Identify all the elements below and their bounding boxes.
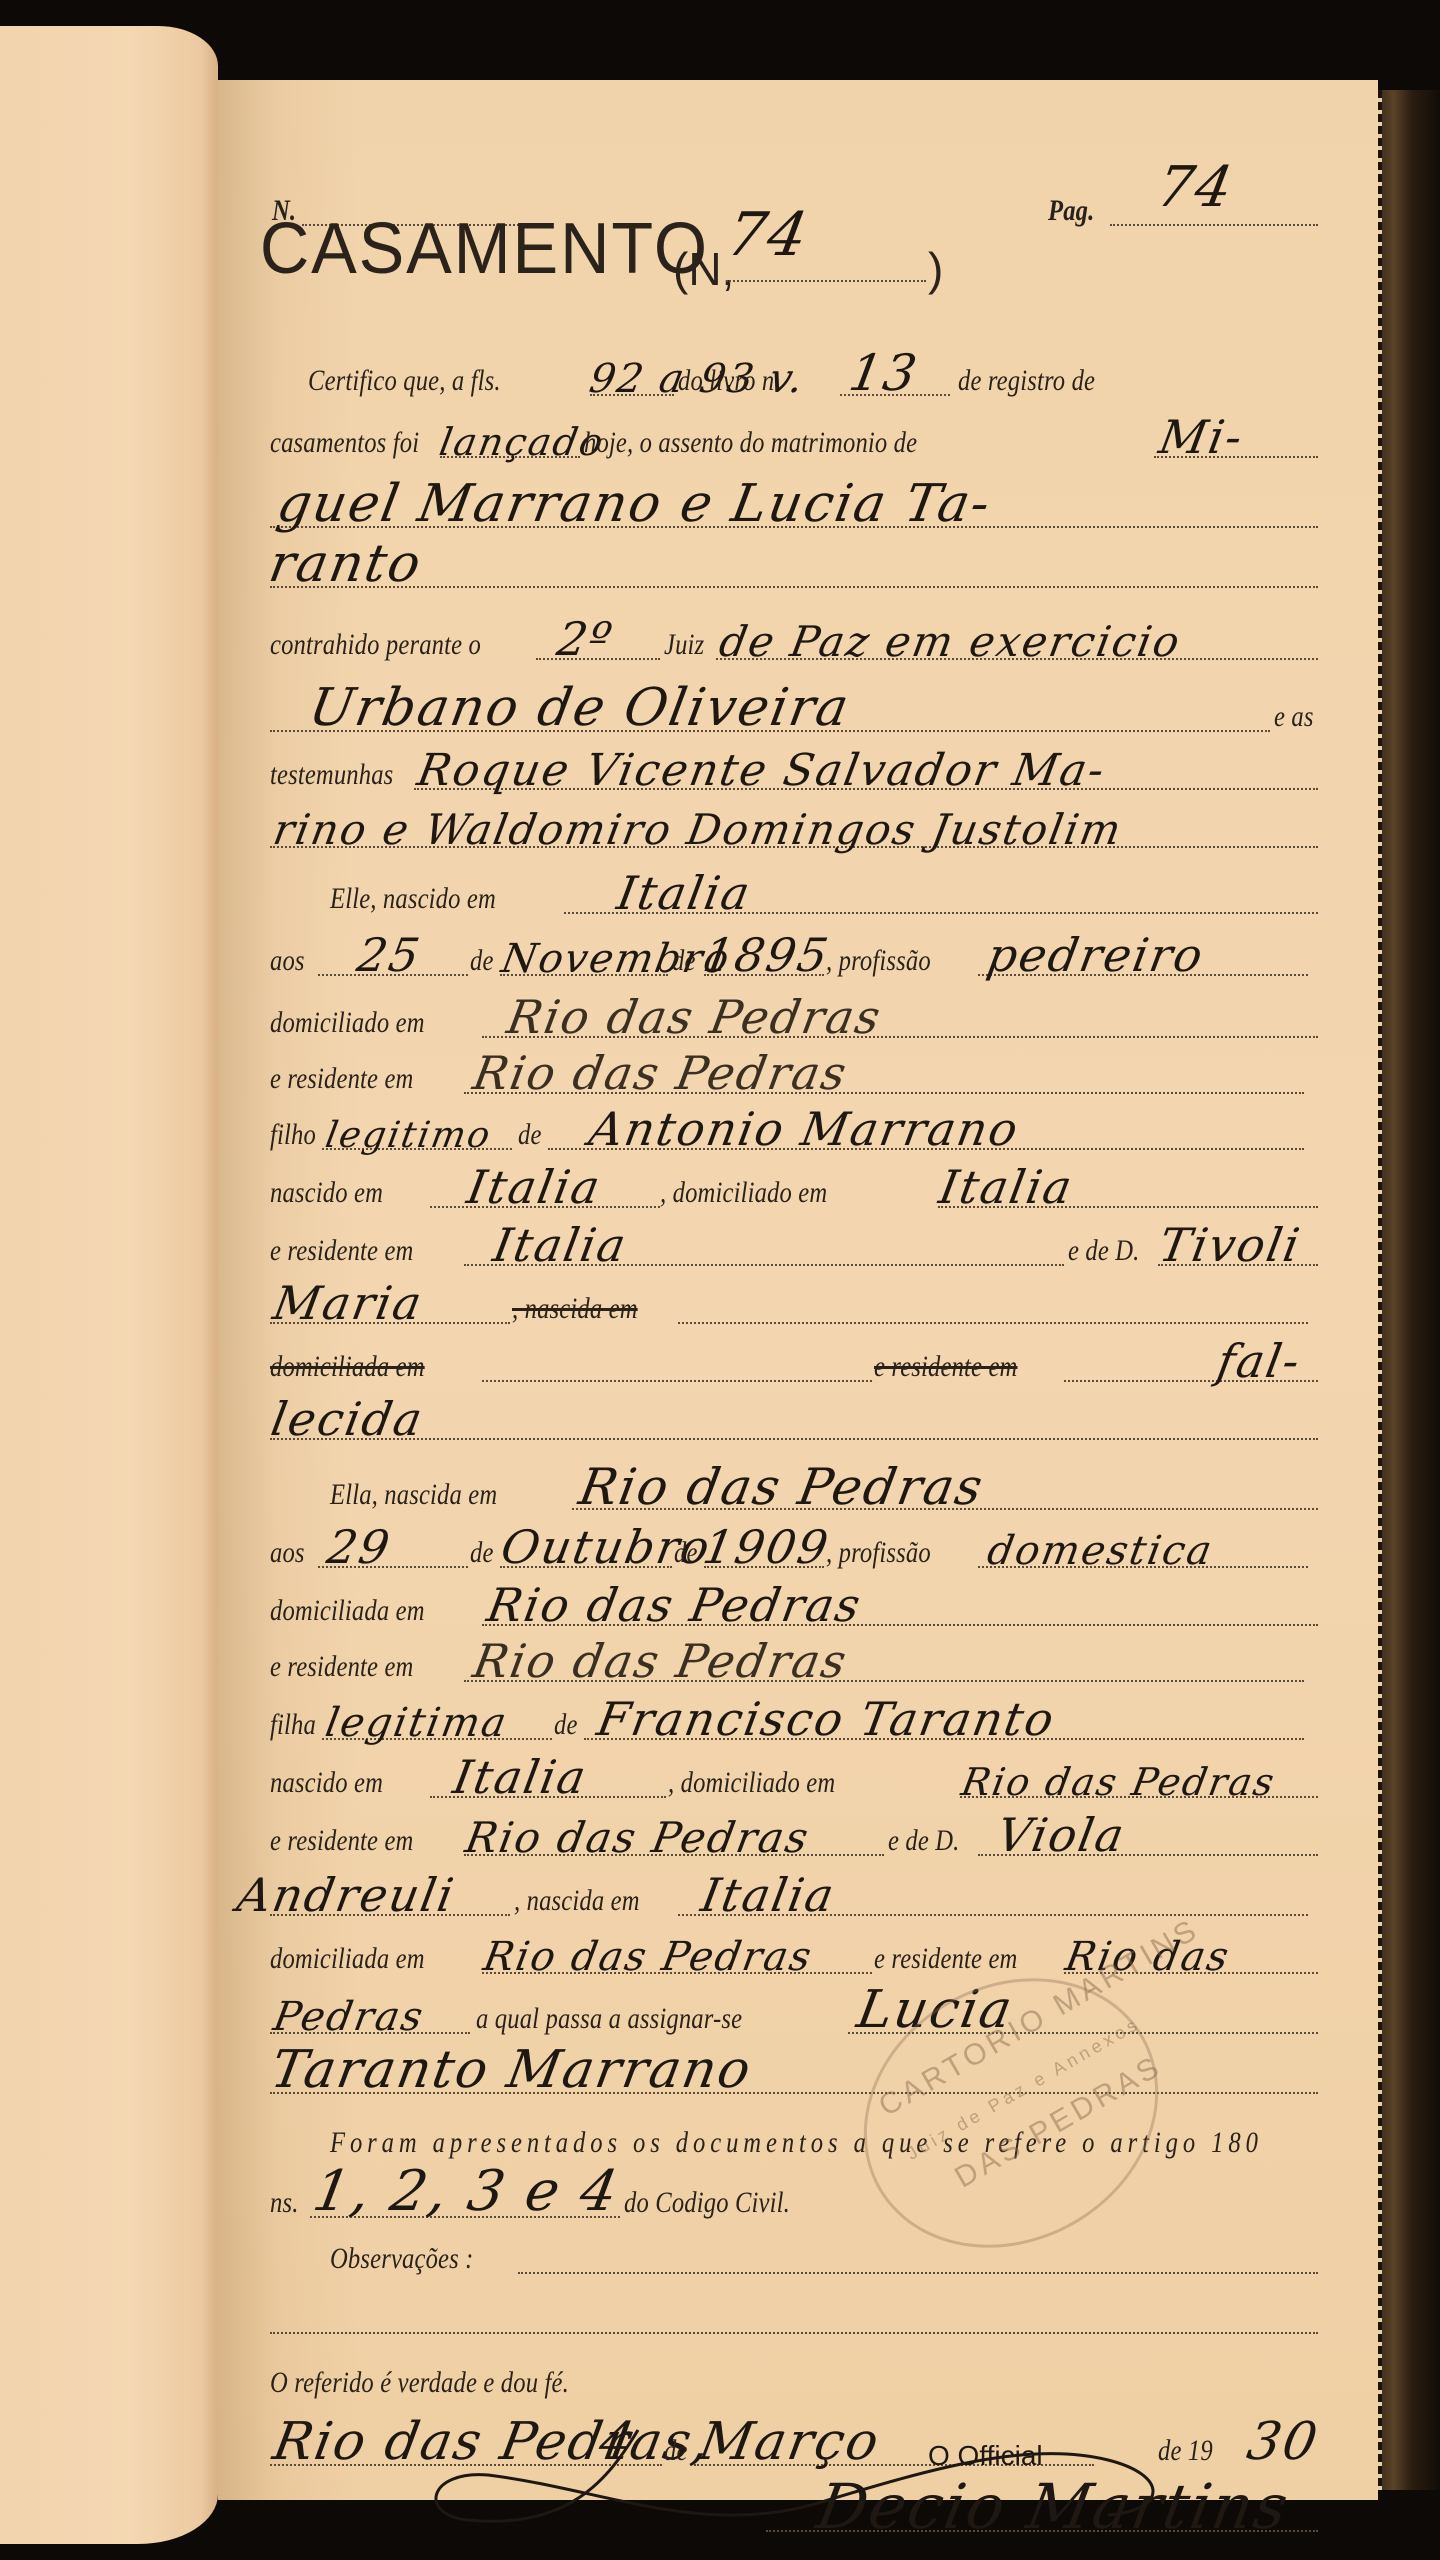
casamentos-label: casamentos foi bbox=[270, 426, 419, 460]
bride-profissao: domestica bbox=[984, 1528, 1217, 1574]
contrahido-row: contrahido perante o 2º Juiz de Paz em e… bbox=[218, 612, 1318, 672]
bride-residente-label: e residente em bbox=[270, 1650, 413, 1684]
groom-month-field bbox=[500, 974, 668, 976]
groom-aos-label: aos bbox=[270, 944, 305, 978]
groom-birthdate-row: aos 25 de Novembro de 1895 , profissão p… bbox=[218, 928, 1318, 988]
signature-flourish bbox=[408, 2420, 1208, 2540]
groom-birthplace-row: Elle, nascido em Italia bbox=[218, 866, 1318, 926]
groom-residente: Rio das Pedras bbox=[469, 1046, 852, 1100]
bride-mother-part1: Viola bbox=[993, 1808, 1129, 1862]
groom-mother-status-row: lecida bbox=[218, 1392, 1318, 1452]
groom-year: 1895 bbox=[699, 928, 834, 982]
groom-mother-status-2: lecida bbox=[267, 1392, 428, 1446]
groom-father-domiciliado: Italia bbox=[935, 1160, 1077, 1214]
bride-mother-label: e de D. bbox=[888, 1824, 960, 1858]
bride-residencia-row: e residente em Rio das Pedras bbox=[218, 1634, 1318, 1694]
bride-residente: Rio das Pedras bbox=[469, 1634, 852, 1688]
bride-father-residente-label: e residente em bbox=[270, 1824, 413, 1858]
groom-father-origin-row: nascido em Italia , domiciliado em Itali… bbox=[218, 1160, 1318, 1220]
groom-residencia-row: e residente em Rio das Pedras bbox=[218, 1046, 1318, 1106]
groom-mother-residente-label: e residente em bbox=[874, 1350, 1017, 1384]
testemunhas-value-2: rino e Waldomiro Domingos Justolim bbox=[270, 805, 1127, 854]
bride-filiacao-row: filha legitima de Francisco Taranto bbox=[218, 1692, 1318, 1752]
groom-mother-nascida-label: , nascida em bbox=[512, 1292, 638, 1326]
bride-filiacao: legitima bbox=[322, 1700, 512, 1746]
groom-domiciliado-label: domiciliado em bbox=[270, 1006, 425, 1040]
bride-mother-residente-label: e residente em bbox=[874, 1942, 1017, 1976]
observacoes-row: Observações : bbox=[218, 2226, 1318, 2286]
registro-label: de registro de bbox=[958, 364, 1095, 398]
closing-statement-row: O referido é verdade e dou fé. bbox=[218, 2350, 1318, 2410]
bride-birthplace: Rio das Pedras bbox=[575, 1458, 989, 1516]
bride-father-residence-row: e residente em Rio das Pedras e de D. Vi… bbox=[218, 1808, 1318, 1868]
testemunhas-row: testemunhas Roque Vicente Salvador Ma- bbox=[218, 742, 1318, 802]
groom-mother-label: e de D. bbox=[1068, 1234, 1140, 1268]
closing-statement: O referido é verdade e dou fé. bbox=[270, 2366, 569, 2400]
ns-value: 1, 2, 3 e 4 bbox=[308, 2159, 624, 2224]
contrahido-label: contrahido perante o bbox=[270, 628, 481, 662]
bride-assignar-row: Pedras a qual passa a assignar-se Lucia bbox=[218, 1986, 1318, 2046]
pag-field bbox=[1110, 224, 1318, 226]
names-part1: Mi- bbox=[1155, 410, 1248, 464]
groom-filiacao-row: filho legitimo de Antonio Marrano bbox=[218, 1102, 1318, 1162]
groom-mother-status-1: fal- bbox=[1213, 1334, 1305, 1388]
ns-row: ns. 1, 2, 3 e 4 do Codigo Civil. bbox=[218, 2170, 1318, 2230]
bride-filha-label: filha bbox=[270, 1708, 316, 1742]
groom-mother-part1: Tivoli bbox=[1155, 1218, 1305, 1272]
bride-father-nascido-label: nascido em bbox=[270, 1766, 383, 1800]
names-value: guel Marrano e Lucia Ta- bbox=[273, 474, 996, 534]
bride-birthdate-row: aos 29 de Outubro de 1909 , profissão do… bbox=[218, 1520, 1318, 1580]
juiz-name: Urbano de Oliveira bbox=[305, 678, 855, 738]
bride-intro-label: Ella, nascida em bbox=[330, 1478, 497, 1512]
juiz-ordinal: 2º bbox=[553, 612, 617, 666]
testemunhas-row-2: rino e Waldomiro Domingos Justolim bbox=[218, 800, 1318, 860]
bride-aos-label: aos bbox=[270, 1536, 305, 1570]
bride-father-origin-row: nascido em Italia , domiciliado em Rio d… bbox=[218, 1750, 1318, 1810]
groom-domiciliado: Rio das Pedras bbox=[503, 990, 886, 1044]
groom-father-residente-label: e residente em bbox=[270, 1234, 413, 1268]
groom-father-residence-row: e residente em Italia e de D. Tivoli bbox=[218, 1218, 1318, 1278]
groom-father-birthplace: Italia bbox=[463, 1160, 605, 1214]
groom-filho-label: filho bbox=[270, 1118, 316, 1152]
bride-father-residente: Rio das Pedras bbox=[462, 1813, 814, 1862]
groom-de-label: de bbox=[518, 1118, 542, 1152]
groom-mother-domiciliada-field bbox=[482, 1380, 872, 1382]
groom-father-nascido-label: nascido em bbox=[270, 1176, 383, 1210]
bride-mother-nascida-label: , nascida em bbox=[514, 1884, 640, 1918]
groom-residente-label: e residente em bbox=[270, 1062, 413, 1096]
observacoes-label: Observações : bbox=[330, 2242, 474, 2276]
pag-value: 74 bbox=[1152, 155, 1239, 220]
bride-domiciliada-label: domiciliada em bbox=[270, 1594, 425, 1628]
bride-domiciliada: Rio das Pedras bbox=[483, 1578, 866, 1632]
juiz-value: de Paz em exercicio bbox=[716, 617, 1185, 666]
bride-father-domiciliado-label: , domiciliado em bbox=[668, 1766, 835, 1800]
observacoes-field[interactable] bbox=[518, 2272, 1318, 2274]
observacoes-row-2 bbox=[218, 2286, 1318, 2346]
groom-mother-domicilio-row: domiciliada em e residente em fal- bbox=[218, 1334, 1318, 1394]
title-n-value: 74 bbox=[722, 200, 815, 270]
groom-day: 25 bbox=[353, 928, 425, 982]
facing-left-page bbox=[0, 26, 218, 2544]
groom-father: Antonio Marrano bbox=[585, 1102, 1023, 1156]
certifico-row: Certifico que, a fls. 92 a 93 v. do livr… bbox=[218, 348, 1318, 408]
groom-domicilio-row: domiciliado em Rio das Pedras bbox=[218, 990, 1318, 1050]
new-name-part2: Taranto Marrano bbox=[267, 2040, 757, 2100]
title-n-close: ) bbox=[928, 242, 943, 296]
names-row-2: ranto bbox=[218, 540, 1318, 600]
groom-birthplace: Italia bbox=[613, 866, 755, 920]
livro-value: 13 bbox=[845, 344, 923, 402]
bride-birthplace-row: Ella, nascida em Rio das Pedras bbox=[218, 1462, 1318, 1522]
bride-mother-domiciliada: Rio das Pedras bbox=[480, 1934, 816, 1980]
groom-father-domiciliado-label: , domiciliado em bbox=[660, 1176, 827, 1210]
ns-label: ns. bbox=[270, 2186, 299, 2220]
certifico-label: Certifico que, a fls. bbox=[308, 364, 501, 398]
livro-label: do livro n. bbox=[678, 364, 781, 398]
names-value-2: ranto bbox=[265, 534, 427, 594]
bride-profissao-label: , profissão bbox=[826, 1536, 931, 1570]
casamentos-row: casamentos foi lançado hoje, o assento d… bbox=[218, 410, 1318, 470]
bride-mother-row: Andreuli , nascida em Italia bbox=[218, 1868, 1318, 1928]
title-n-field bbox=[726, 280, 926, 282]
names-field-2 bbox=[270, 586, 1318, 588]
foi-value: lançado bbox=[436, 420, 608, 464]
groom-profissao-label: , profissão bbox=[826, 944, 931, 978]
bride-father-domiciliado: Rio das Pedras bbox=[958, 1760, 1279, 1804]
bride-father: Francisco Taranto bbox=[593, 1692, 1059, 1746]
certificate-page: N. Pag. 74 CASAMENTO (N, 74 ) Certifico … bbox=[218, 80, 1378, 2500]
bride-mother-part2: Andreuli bbox=[233, 1868, 459, 1922]
page-title: CASAMENTO bbox=[260, 208, 709, 290]
groom-mother-row: Maria , nascida em bbox=[218, 1276, 1318, 1336]
hoje-label: hoje, o assento do matrimonio de bbox=[584, 426, 917, 460]
groom-mother-birthplace-field bbox=[678, 1322, 1308, 1324]
groom-filiacao: legitimo bbox=[322, 1115, 494, 1156]
pag-label: Pag. bbox=[1048, 194, 1094, 228]
bride-mother-birthplace: Italia bbox=[697, 1868, 839, 1922]
e-as-label: e as bbox=[1274, 700, 1314, 734]
juiz-name-row: Urbano de Oliveira e as bbox=[218, 684, 1318, 744]
observacoes-field-2[interactable] bbox=[270, 2332, 1318, 2334]
bride-de-label: de bbox=[554, 1708, 578, 1742]
bride-domicilio-row: domiciliada em Rio das Pedras bbox=[218, 1578, 1318, 1638]
testemunhas-value-1: Roque Vicente Salvador Ma- bbox=[414, 745, 1110, 796]
assignar-label: a qual passa a assignar-se bbox=[476, 2002, 742, 2036]
testemunhas-label: testemunhas bbox=[270, 758, 393, 792]
groom-mother-part2: Maria bbox=[269, 1276, 427, 1330]
closing-year-suffix: 30 bbox=[1243, 2412, 1324, 2472]
bride-mother-domiciliada-label: domiciliada em bbox=[270, 1942, 425, 1976]
bride-de2: de bbox=[674, 1536, 698, 1570]
bride-year: 1909 bbox=[699, 1520, 834, 1574]
bride-de1: de bbox=[470, 1536, 494, 1570]
groom-mother-status-field bbox=[270, 1438, 1318, 1440]
bride-mother-residente-2: Pedras bbox=[270, 1994, 428, 2040]
book-page-edges bbox=[1378, 90, 1440, 2490]
groom-intro-label: Elle, nascido em bbox=[330, 882, 496, 916]
juiz-label: Juiz bbox=[664, 628, 704, 662]
codigo-label: do Codigo Civil. bbox=[624, 2186, 790, 2220]
groom-de2: de bbox=[672, 944, 696, 978]
groom-mother-domiciliada-label: domiciliada em bbox=[270, 1350, 425, 1384]
groom-profissao: pedreiro bbox=[983, 928, 1208, 982]
groom-father-residente: Italia bbox=[489, 1218, 631, 1272]
bride-father-birthplace: Italia bbox=[449, 1750, 591, 1804]
bride-day: 29 bbox=[323, 1520, 395, 1574]
groom-de1: de bbox=[470, 944, 494, 978]
names-row: guel Marrano e Lucia Ta- bbox=[218, 480, 1318, 540]
